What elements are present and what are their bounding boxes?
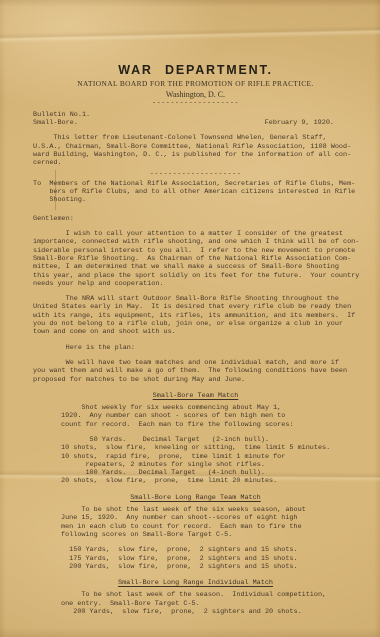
team-match-scores: 50 Yards. Decimal Target (2-inch bull). … [61, 436, 358, 486]
long-range-team-match-scores: 150 Yards, slow fire, prone, 2 sighters … [61, 546, 358, 571]
scanned-letter-page: WAR DEPARTMENT. NATIONAL BOARD FOR THE P… [0, 0, 380, 637]
long-range-individual-match-heading: Small-Bore Long Range Individual Match [33, 579, 358, 587]
paragraph-appeal: I wish to call your attention to a matte… [33, 230, 358, 288]
team-match-heading: Small-Bore Team Match [33, 392, 358, 400]
section-team-match: Small-Bore Team Match Shot weekly for si… [33, 392, 358, 486]
letter-date: February 9, 1920. [265, 119, 358, 127]
section-long-range-individual-match: Small-Bore Long Range Individual Match T… [33, 579, 358, 616]
long-range-team-match-heading: Small-Bore Long Range Team Match [33, 494, 358, 502]
bulletin-meta-left: Bulletin No.1. Small-Bore. [33, 111, 90, 128]
publication-note: This letter from Lieutenant-Colonel Town… [33, 134, 358, 167]
bulletin-subject: Small-Bore. [33, 119, 90, 127]
letter-content: WAR DEPARTMENT. NATIONAL BOARD FOR THE P… [0, 0, 380, 637]
team-match-description: Shot weekly for six weeks commencing abo… [61, 404, 358, 429]
long-range-team-match-description: To be shot the last week of the six week… [61, 506, 358, 539]
plan-intro-line: Here is the plan: [33, 344, 358, 352]
bulletin-meta-row: Bulletin No.1. Small-Bore. February 9, 1… [33, 111, 358, 128]
paragraph-nra-plan: The NRA will start Outdoor Small-Bore Ri… [33, 295, 358, 336]
salutation: Gentlemen: [33, 215, 358, 223]
addressees: To Members of the National Rifle Associa… [33, 180, 358, 205]
section-long-range-team-match: Small-Bore Long Range Team Match To be s… [33, 494, 358, 571]
section-divider-rule: -------------------- [33, 170, 358, 178]
letterhead-city: Washington, D. C. [33, 90, 358, 99]
paragraph-matches-overview: We will have two team matches and one in… [33, 359, 358, 384]
long-range-individual-match-description: To be shot last week of the season. Indi… [61, 591, 358, 616]
letterhead-title: WAR DEPARTMENT. [33, 64, 358, 77]
bulletin-number: Bulletin No.1. [33, 111, 90, 119]
letterhead-subtitle: NATIONAL BOARD FOR THE PROMOTION OF RIFL… [33, 80, 358, 89]
letterhead-divider-rule: ------------------- [33, 99, 358, 107]
